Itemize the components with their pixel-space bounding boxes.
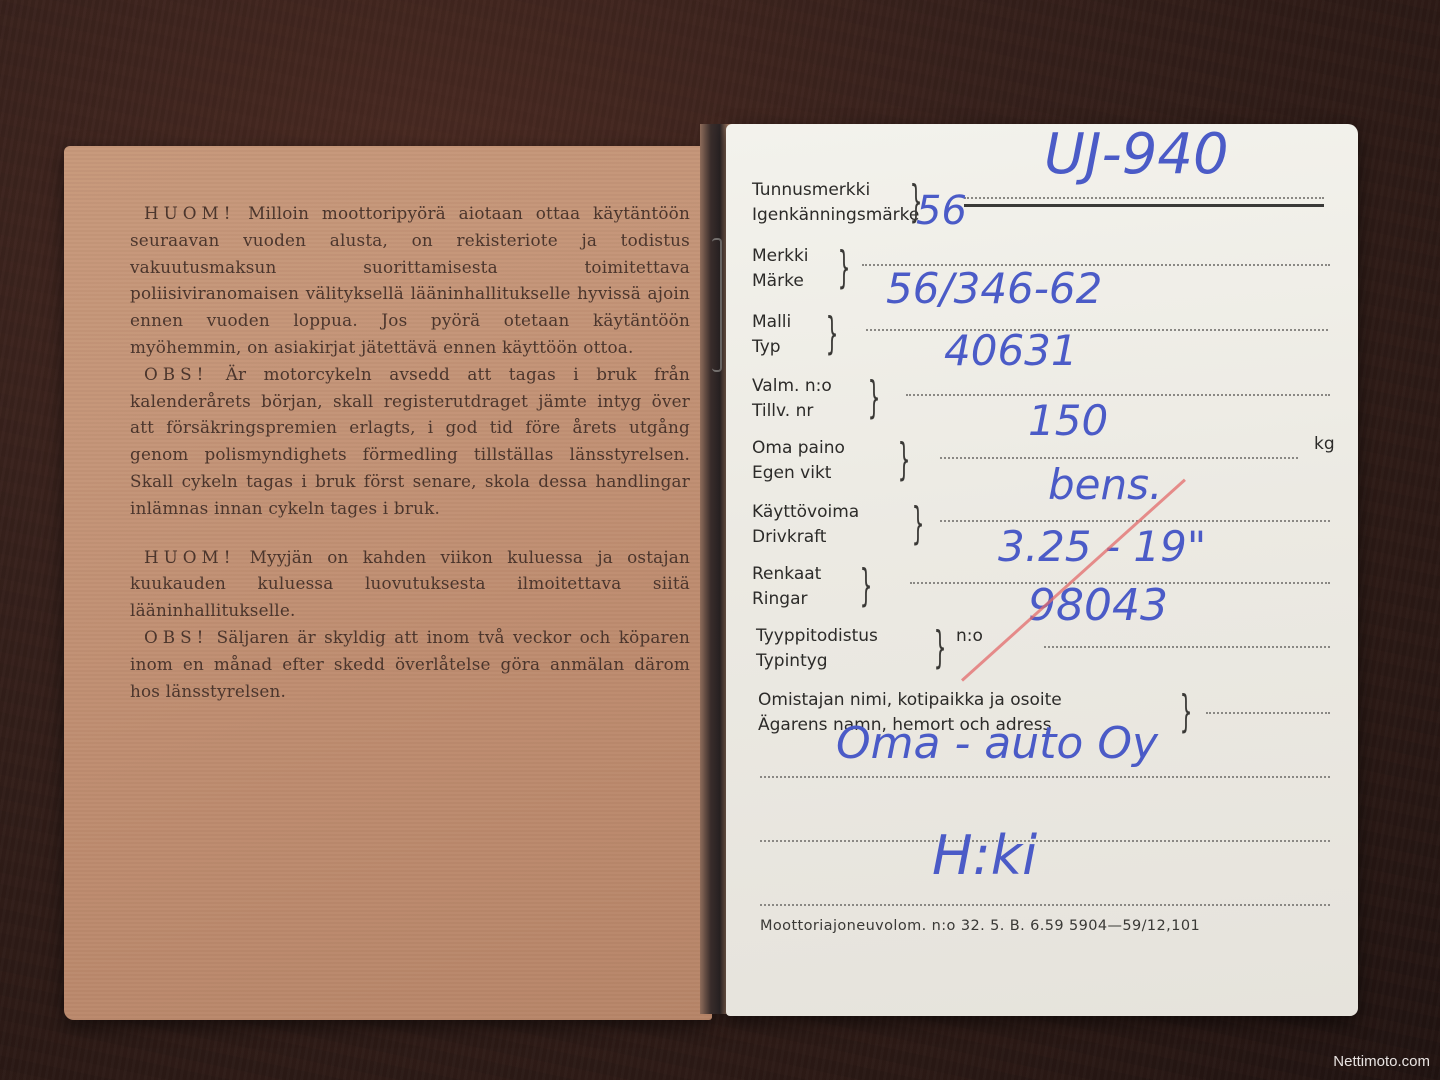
paragraph-obs-1: OBS! Är motorcykeln avsedd att tagas i b… [130, 361, 690, 522]
field-make-label: Merkki Märke [752, 244, 809, 294]
handwritten-fuel: bens. [1048, 460, 1162, 509]
dotted-line [964, 197, 1324, 199]
paragraph-lead: HUOM! [144, 203, 235, 223]
right-page-registration-form: Tunnusmerkki Igenkänningsmärke } UJ-940 … [726, 124, 1358, 1016]
label-fi: Oma paino [752, 436, 845, 461]
paragraph-obs-2: OBS! Säljaren är skyldig att inom två ve… [130, 624, 690, 704]
form-print-number: Moottoriajoneuvolom. n:o 32. 5. B. 6.59 … [760, 918, 1200, 934]
label-sv: Typintyg [756, 649, 878, 674]
dotted-line [1044, 646, 1330, 648]
dotted-line [760, 776, 1330, 778]
label-fi: Tyyppitodistus [756, 624, 878, 649]
field-serial-number-label: Valm. n:o Tillv. nr [752, 374, 832, 424]
brace-icon: } [1180, 690, 1193, 734]
dotted-line [760, 840, 1330, 842]
dotted-line [1206, 712, 1330, 714]
handwritten-registration-mark: UJ-940 [1044, 122, 1229, 187]
field-tyres-label: Renkaat Ringar [752, 562, 821, 612]
label-sv: Drivkraft [752, 525, 859, 550]
handwritten-serial: 150 [1028, 396, 1108, 445]
dotted-line [866, 329, 1328, 331]
number-abbrev: n:o [956, 624, 983, 649]
brace-icon: } [860, 564, 873, 608]
paragraph-body: Milloin moottoripyörä aiotaan ottaa käyt… [130, 203, 690, 357]
dotted-line [906, 394, 1330, 396]
handwritten-type-cert-number: 98043 [1028, 580, 1168, 631]
label-fi: Tunnusmerkki [752, 178, 919, 203]
field-power-source-label: Käyttövoima Drivkraft [752, 500, 859, 550]
dotted-line [760, 904, 1330, 906]
handwritten-owner-place: H:ki [932, 824, 1037, 887]
paragraph-huom-1: HUOM! Milloin moottoripyörä aiotaan otta… [130, 200, 690, 361]
dotted-line [940, 457, 1298, 459]
label-sv: Igenkänningsmärke [752, 203, 919, 228]
label-sv: Tillv. nr [752, 399, 832, 424]
staple-icon [712, 238, 722, 372]
brace-icon: } [868, 376, 881, 420]
paragraph-lead: OBS! [144, 364, 208, 384]
field-registration-mark-label: Tunnusmerkki Igenkänningsmärke [752, 178, 919, 228]
label-fi: Omistajan nimi, kotipaikka ja osoite [758, 688, 1062, 713]
paragraph-body: Är motorcykeln avsedd att tagas i bruk f… [130, 364, 690, 518]
field-type-certificate-label: Tyyppitodistus Typintyg [756, 624, 878, 674]
label-fi: Merkki [752, 244, 809, 269]
label-fi: Valm. n:o [752, 374, 832, 399]
label-sv: Typ [752, 335, 791, 360]
handwritten-tyre-size: 3.25 - 19" [998, 522, 1206, 571]
brace-icon: } [838, 246, 851, 290]
left-page-back-cover: HUOM! Milloin moottoripyörä aiotaan otta… [64, 146, 712, 1020]
paragraph-body: Säljaren är skyldig att inom två veckor … [130, 627, 690, 701]
handwritten-owner-name: Oma - auto Oy [836, 718, 1158, 769]
label-sv: Egen vikt [752, 461, 845, 486]
label-fi: Malli [752, 310, 791, 335]
label-fi: Renkaat [752, 562, 821, 587]
handwritten-make: 56/346-62 [886, 264, 1102, 313]
brace-icon: } [934, 626, 947, 670]
brace-icon: } [898, 438, 911, 482]
brace-icon: } [912, 502, 925, 546]
instructions-text: HUOM! Milloin moottoripyörä aiotaan otta… [130, 200, 690, 704]
watermark: Nettimoto.com [1333, 1053, 1430, 1070]
handwritten-note: 56 [916, 188, 967, 234]
paragraph-lead: HUOM! [144, 547, 235, 567]
label-sv: Ringar [752, 587, 821, 612]
paragraph-huom-2: HUOM! Myyjän on kahden viikon kuluessa j… [130, 544, 690, 624]
brace-icon: } [826, 312, 839, 356]
label-fi: Käyttövoima [752, 500, 859, 525]
paragraph-lead: OBS! [144, 627, 208, 647]
handwritten-model: 40631 [944, 326, 1078, 375]
label-sv: Märke [752, 269, 809, 294]
underline [964, 204, 1324, 207]
field-weight-label: Oma paino Egen vikt [752, 436, 845, 486]
unit-kg: kg [1314, 434, 1335, 454]
field-model-label: Malli Typ [752, 310, 791, 360]
